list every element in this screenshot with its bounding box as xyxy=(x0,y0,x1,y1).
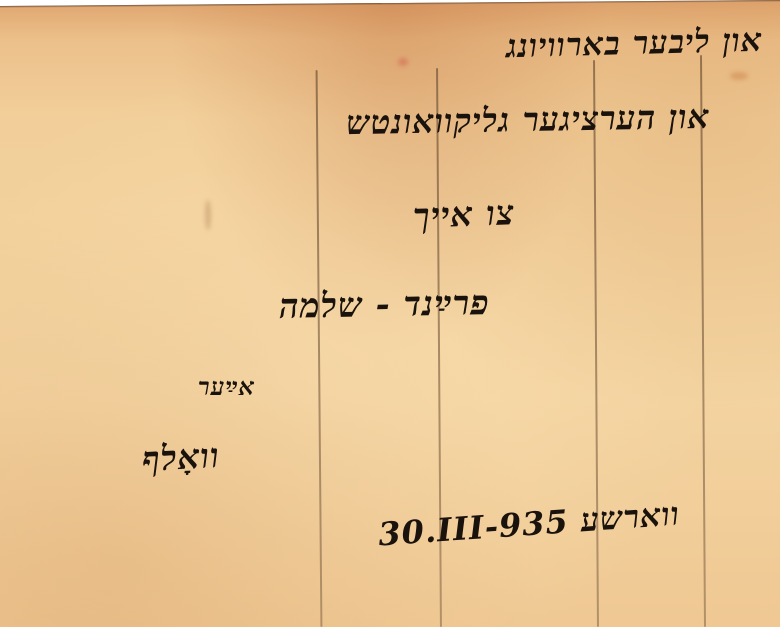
paper-top-edge xyxy=(0,0,780,8)
handwritten-line-2: און הערציגער גליקוואונטש xyxy=(346,97,710,143)
handwritten-place-date: ווארשע 30.III-935 xyxy=(377,495,681,554)
ruled-line-1 xyxy=(316,70,323,627)
date: 30.III-935 xyxy=(377,502,570,553)
stain-spot xyxy=(205,200,211,230)
handwritten-line-5: אײַער xyxy=(198,372,255,402)
ruled-line-3 xyxy=(593,60,599,627)
paper-card: און ליבער בארוויונג און הערציגער גליקווא… xyxy=(0,0,780,627)
handwritten-signature: וואָלף xyxy=(141,436,221,480)
handwritten-line-4: פרײַנד - שלמה xyxy=(279,283,490,327)
stain-spot xyxy=(398,58,408,66)
ruled-line-4 xyxy=(700,55,706,627)
place-name: ווארשע xyxy=(579,495,681,540)
stain-spot xyxy=(730,72,748,80)
handwritten-line-1: און ליבער בארוויונג xyxy=(505,21,762,66)
handwritten-line-3: צו אייך xyxy=(413,193,516,237)
